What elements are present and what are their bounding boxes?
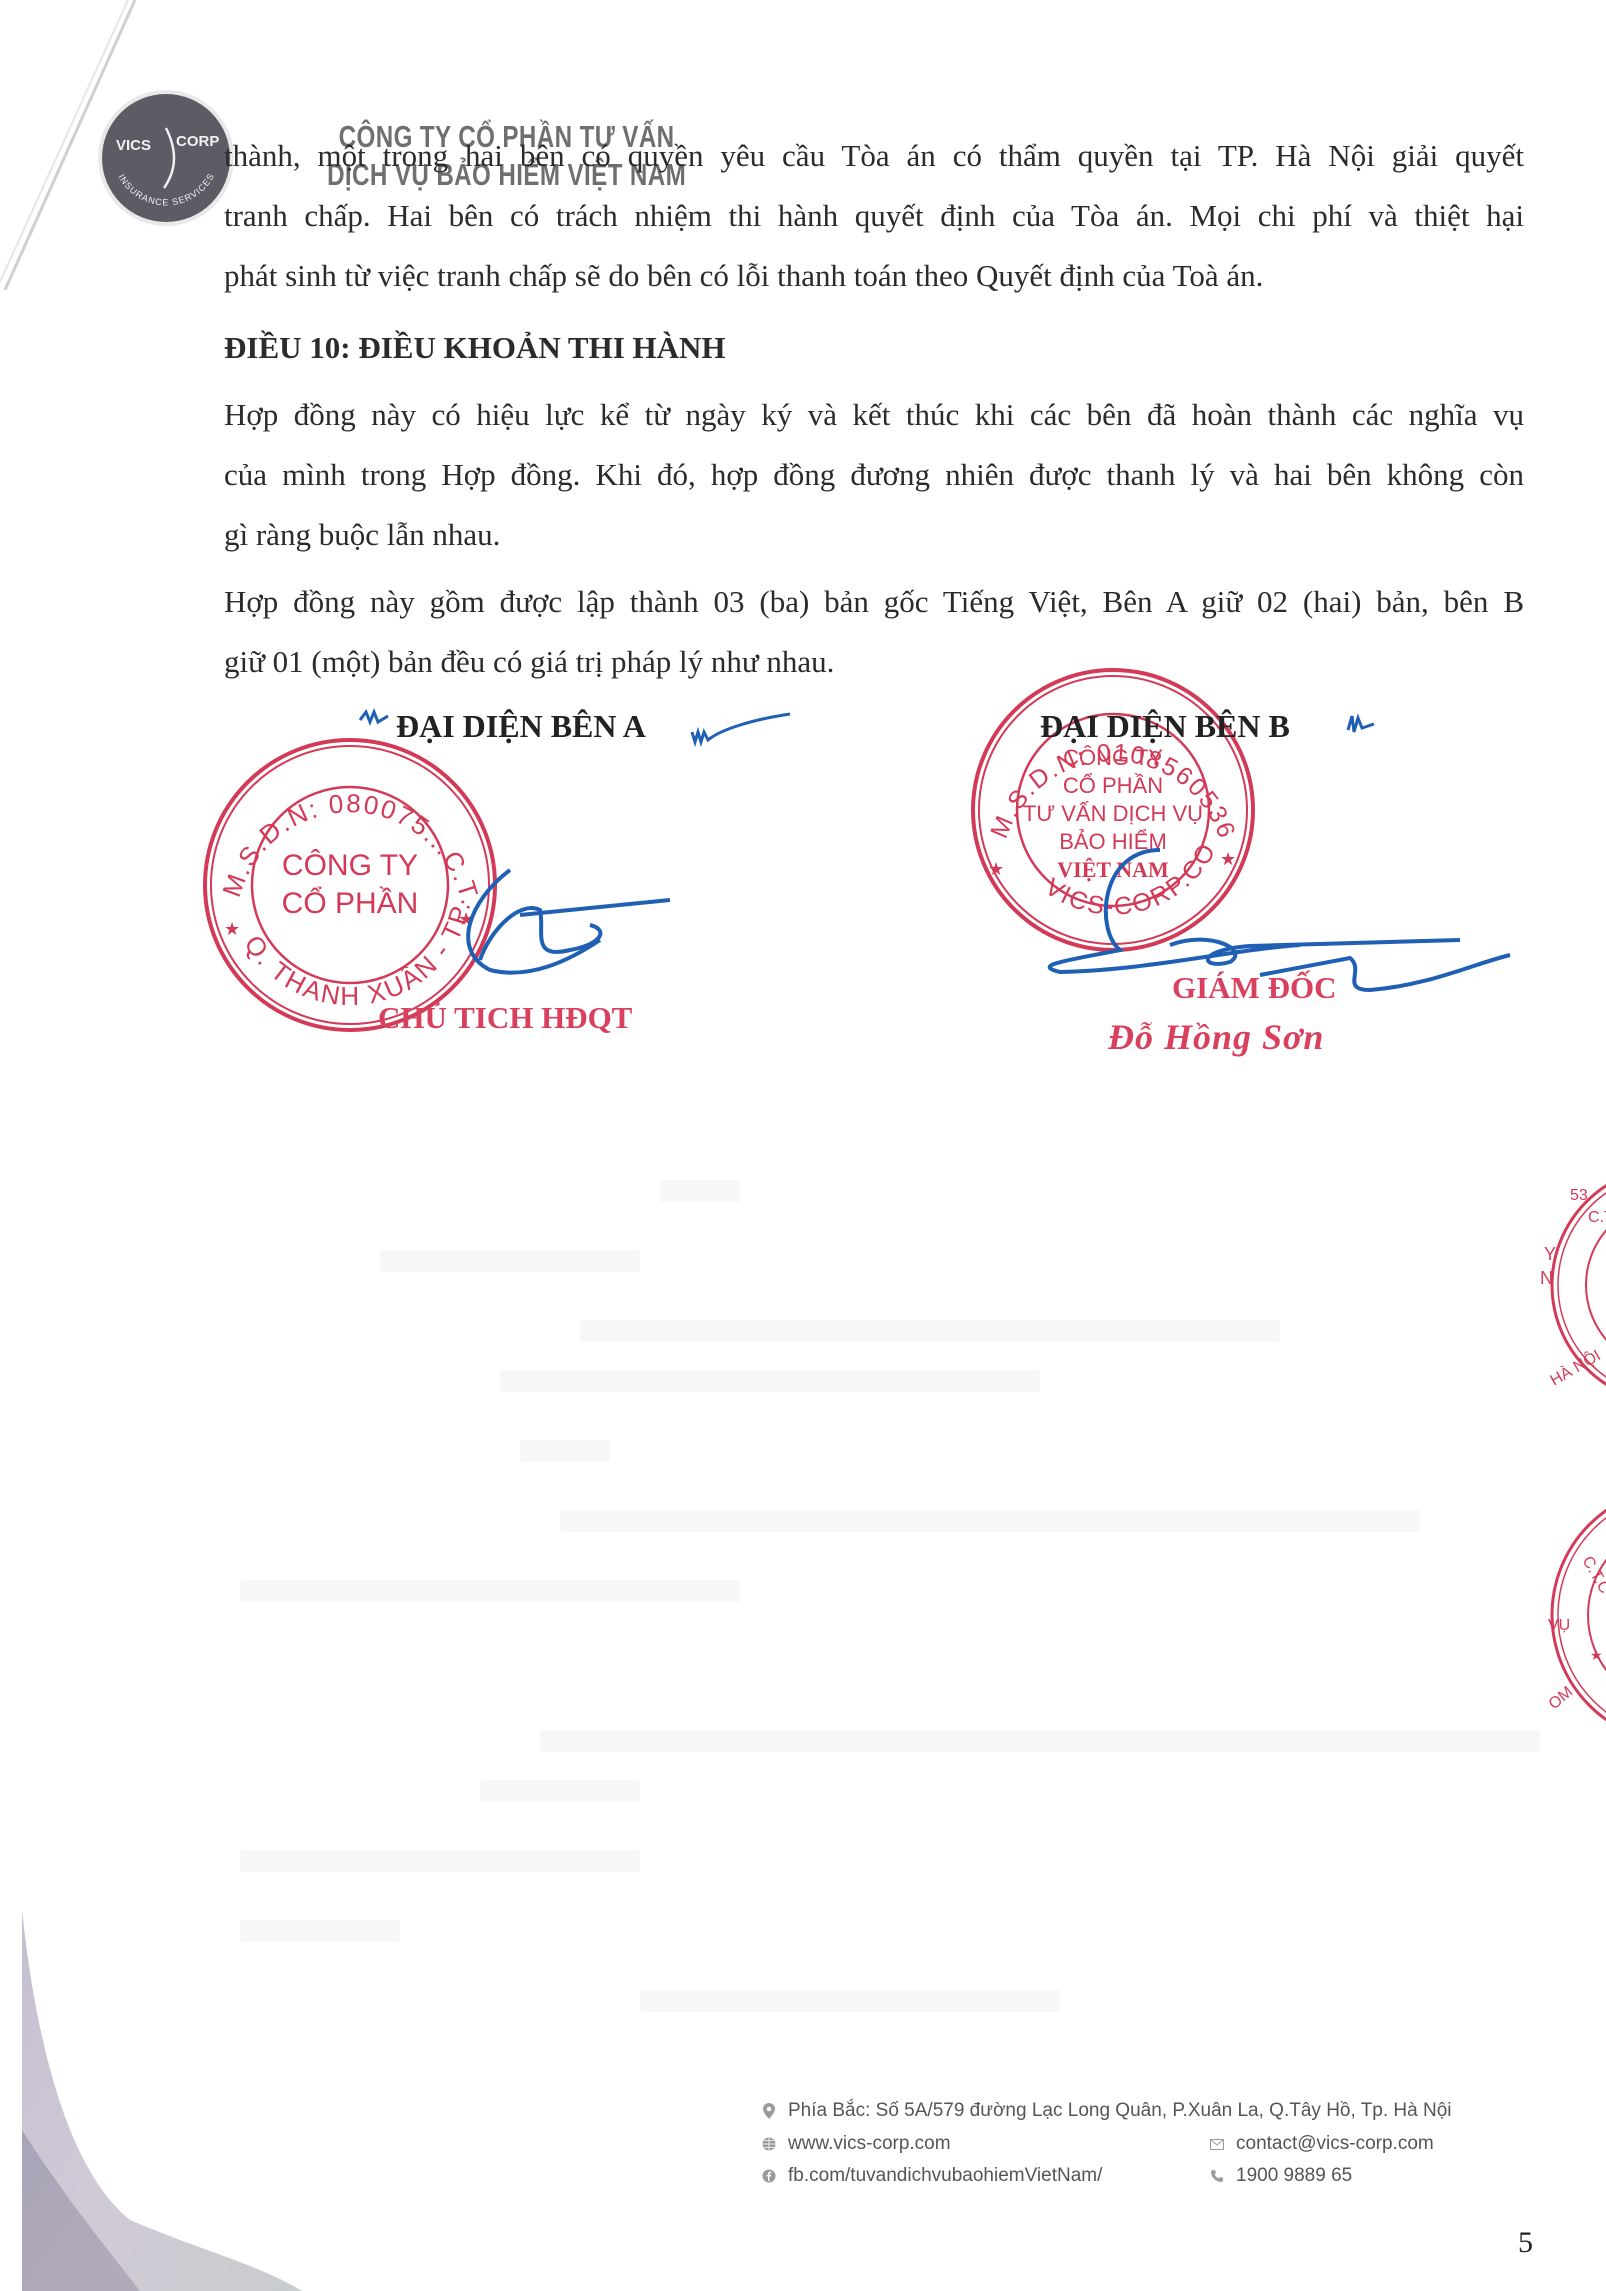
svg-text:VỤ: VỤ (1548, 1617, 1570, 1634)
svg-text:★: ★ (1590, 1649, 1603, 1664)
svg-text:C.T: C.T (1588, 1209, 1606, 1226)
decorative-corner-wedge (0, 1880, 460, 2291)
article-heading: ĐIỀU 10: ĐIỀU KHOẢN THI HÀNH (224, 330, 726, 366)
svg-text:OM: OM (1546, 1683, 1577, 1713)
footer-facebook[interactable]: fb.com/tuvandichvubaohiemVietNam/ (762, 2165, 1102, 2187)
footer-phone[interactable]: 1900 9889 65 (1210, 2165, 1352, 2187)
body-line: thành, một trong hai bên có quyền yêu cầ… (224, 138, 1524, 174)
edge-stamp-lower: C.T.C VỤ ★ OM (1520, 1480, 1606, 1750)
globe-icon (762, 2137, 776, 2151)
body-line: phát sinh từ việc tranh chấp sẽ do bên c… (224, 258, 1263, 294)
body-line: giữ 01 (một) bản đều có giá trị pháp lý … (224, 644, 834, 680)
party-a-position: CHỦ TICH HĐQT (378, 1000, 632, 1036)
svg-text:53: 53 (1570, 1187, 1588, 1204)
body-line: gì ràng buộc lẫn nhau. (224, 517, 500, 553)
party-b-signatory-name: Đỗ Hồng Sơn (1108, 1016, 1324, 1058)
mail-icon (1210, 2137, 1224, 2151)
footer-website[interactable]: www.vics-corp.com (762, 2133, 951, 2155)
party-a-signature (340, 700, 820, 1010)
svg-text:VICS: VICS (116, 137, 151, 154)
facebook-icon (762, 2169, 776, 2183)
party-b-position: GIÁM ĐỐC (1172, 970, 1336, 1006)
body-line: tranh chấp. Hai bên có trách nhiệm thi h… (224, 198, 1524, 234)
body-line: của mình trong Hợp đồng. Khi đó, hợp đồn… (224, 457, 1524, 493)
vics-corp-logo-icon: VICS CORP INSURANCE SERVICES (96, 88, 236, 228)
svg-text:★: ★ (988, 859, 1004, 879)
location-pin-icon (762, 2104, 776, 2118)
body-line: Hợp đồng này gồm được lập thành 03 (ba) … (224, 584, 1524, 620)
phone-icon (1210, 2169, 1224, 2183)
page-number: 5 (1518, 2226, 1533, 2260)
footer-address: Phía Bắc: Số 5A/579 đường Lạc Long Quân,… (762, 2100, 1452, 2122)
footer-email[interactable]: contact@vics-corp.com (1210, 2133, 1434, 2155)
svg-text:★: ★ (224, 919, 240, 939)
body-line: Hợp đồng này có hiệu lực kể từ ngày ký v… (224, 397, 1524, 433)
edge-stamp-upper: 53 C.T Y N HÀ NỘI (1520, 1160, 1606, 1410)
svg-text:N: N (1540, 1268, 1553, 1288)
svg-text:Y: Y (1544, 1244, 1556, 1264)
svg-text:CORP: CORP (176, 133, 219, 150)
party-b-signature (1010, 700, 1530, 980)
